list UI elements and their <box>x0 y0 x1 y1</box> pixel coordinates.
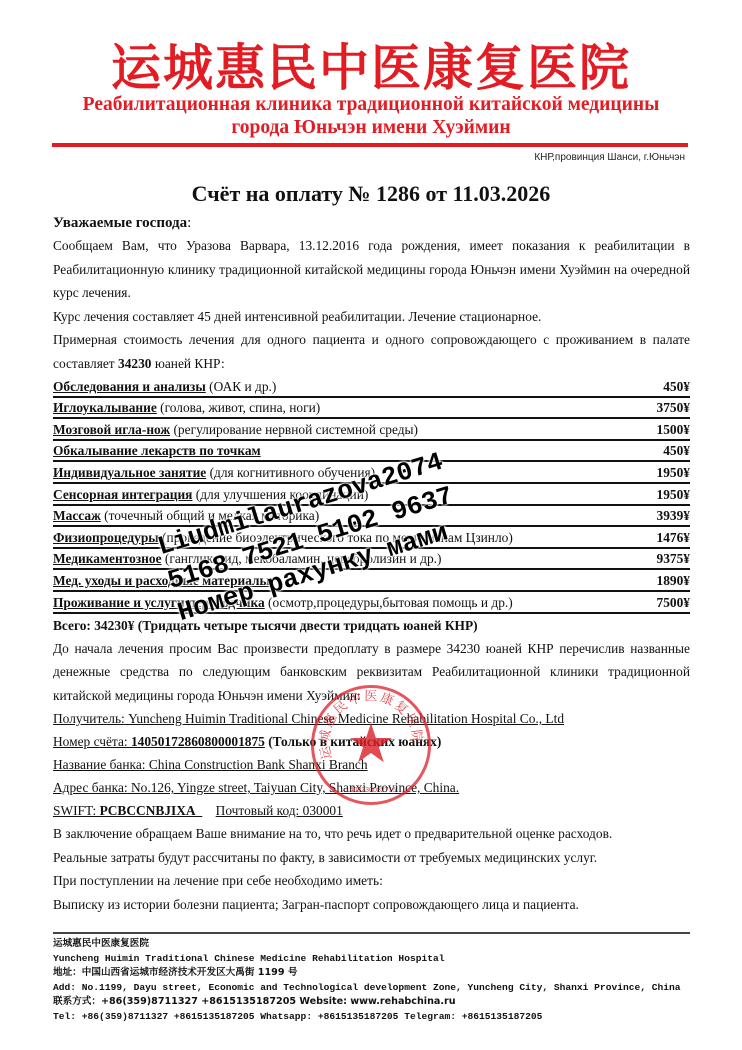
footer-cn-contact: 联系方式：+86(359)8711327 +8615135187205 Webs… <box>53 995 693 1010</box>
cost-item-amount: 450¥ <box>663 378 690 396</box>
cost-item-name: Обкалывание лекарств по точкам <box>53 442 261 460</box>
cost-item-row: Проживание и услуги переводчика (осмотр,… <box>53 592 690 614</box>
footer-cn-address: 地址：中国山西省运城市经济技术开发区大禹街 1199 号 <box>53 966 693 981</box>
intro-paragraph: Сообщаем Вам, что Уразова Варвара, 13.12… <box>53 234 690 305</box>
cost-paragraph: Примерная стоимость лечения для одного п… <box>53 328 690 375</box>
cost-item-amount: 3750¥ <box>657 399 690 417</box>
cost-item-row: Индивидуальное занятие (для когнитивного… <box>53 462 690 484</box>
cost-item-name: Мед. уходы и расходные материалы <box>53 572 270 590</box>
footer-en-name: Yuncheng Huimin Traditional Chinese Medi… <box>53 952 693 967</box>
cost-item-amount: 1476¥ <box>657 529 690 547</box>
cost-amount: 34230 <box>118 356 151 371</box>
closing-line-1: В заключение обращаем Ваше внимание на т… <box>53 822 690 846</box>
closing-line-3: При поступлении на лечение при себе необ… <box>53 869 690 893</box>
cost-item-name: Массаж (точечный общий и мелкая моторика… <box>53 507 319 525</box>
greeting-text: Уважаемые господа <box>53 215 187 231</box>
cost-item-amount: 3939¥ <box>657 507 690 525</box>
cost-item-row: Сенсорная интеграция (для улучшения коор… <box>53 484 690 506</box>
hospital-name-russian-line2: города Юньчэн имени Хуэймин <box>0 116 742 140</box>
cost-item-name: Сенсорная интеграция (для улучшения коор… <box>53 486 368 504</box>
footer: 运城惠民中医康复医院 Yuncheng Huimin Traditional C… <box>53 937 693 1025</box>
cost-item-name: Мозговой игла-нож (регулирование нервной… <box>53 421 418 439</box>
cost-item-row: Физиопроцедуры (проведение биоэлектричес… <box>53 527 690 549</box>
course-paragraph: Курс лечения составляет 45 дней интенсив… <box>53 305 690 329</box>
cost-item-row: Массаж (точечный общий и мелкая моторика… <box>53 506 690 528</box>
cost-item-amount: 7500¥ <box>657 594 690 612</box>
footer-en-address: Add: No.1199, Dayu street, Economic and … <box>53 981 693 996</box>
closing-line-4: Выписку из истории болезни пациента; Заг… <box>53 893 690 917</box>
official-stamp: 运城惠民中医康复医院 ★ 1408230082715 <box>311 685 431 805</box>
postal-label: Почтовый код: <box>216 803 303 818</box>
cost-item-row: Медикаментозное (гангликозид, мекобалами… <box>53 549 690 571</box>
hospital-location: КНР,провинция Шанси, г.Юньчэн <box>534 152 685 163</box>
cost-item-name: Физиопроцедуры (проведение биоэлектричес… <box>53 529 513 547</box>
account-number: 14050172860800001875 <box>131 734 265 749</box>
bank-name-label: Название банка: <box>53 757 146 772</box>
letter-body: Уважаемые господа: Сообщаем Вам, что Ура… <box>53 212 690 916</box>
cost-item-row: Обследования и анализы (ОАК и др.)450¥ <box>53 376 690 398</box>
cost-item-row: Мозговой игла-нож (регулирование нервной… <box>53 419 690 441</box>
cost-item-name: Индивидуальное занятие (для когнитивного… <box>53 464 375 482</box>
hospital-name-chinese: 运城惠民中医康复医院 <box>0 38 742 98</box>
swift-code: PCBCCNBJIXA <box>100 803 196 818</box>
cost-item-amount: 1890¥ <box>657 572 690 590</box>
bank-address-label: Адрес банка: <box>53 780 128 795</box>
total-words: (Тридцать четыре тысячи двести тридцать … <box>134 618 477 633</box>
cost-item-amount: 9375¥ <box>657 550 690 568</box>
greeting: Уважаемые господа: <box>53 212 690 234</box>
cost-item-amount: 1500¥ <box>657 421 690 439</box>
cost-item-amount: 450¥ <box>663 442 690 460</box>
cost-item-amount: 1950¥ <box>657 464 690 482</box>
closing-line-2: Реальные затраты будут рассчитаны по фак… <box>53 846 690 870</box>
cost-item-row: Мед. уходы и расходные материалы1890¥ <box>53 570 690 592</box>
total-line: Всего: 34230¥ (Тридцать четыре тысячи дв… <box>53 615 690 637</box>
cost-item-name: Иглоукалывание (голова, живот, спина, но… <box>53 399 320 417</box>
cost-items-list: Обследования и анализы (ОАК и др.)450¥Иг… <box>53 376 690 614</box>
cost-suffix: юаней КНР: <box>152 356 225 371</box>
stamp-star-icon: ★ <box>314 714 428 774</box>
footer-en-contact: Tel: +86(359)8711327 +8615135187205 What… <box>53 1010 693 1025</box>
greeting-colon: : <box>187 215 191 231</box>
header-divider <box>52 143 688 147</box>
cost-item-amount: 1950¥ <box>657 486 690 504</box>
recipient-label: Получитель: <box>53 711 125 726</box>
cost-item-name: Проживание и услуги переводчика (осмотр,… <box>53 594 513 612</box>
footer-cn-name: 运城惠民中医康复医院 <box>53 937 693 952</box>
postal-code: 030001 <box>303 803 343 818</box>
cost-item-row: Иглоукалывание (голова, живот, спина, но… <box>53 398 690 420</box>
total-amount: Всего: 34230¥ <box>53 618 134 633</box>
swift-label: SWIFT: <box>53 803 100 818</box>
account-label: Номер счёта: <box>53 734 131 749</box>
footer-divider <box>53 932 690 934</box>
hospital-name-russian-line1: Реабилитационная клиника традиционной ки… <box>0 93 742 117</box>
cost-item-name: Медикаментозное (гангликозид, мекобалами… <box>53 550 441 568</box>
cost-item-name: Обследования и анализы (ОАК и др.) <box>53 378 276 396</box>
cost-item-row: Обкалывание лекарств по точкам450¥ <box>53 441 690 463</box>
stamp-number: 1408230082715 <box>314 787 428 794</box>
invoice-title: Счёт на оплату № 1286 от 11.03.2026 <box>0 181 742 207</box>
